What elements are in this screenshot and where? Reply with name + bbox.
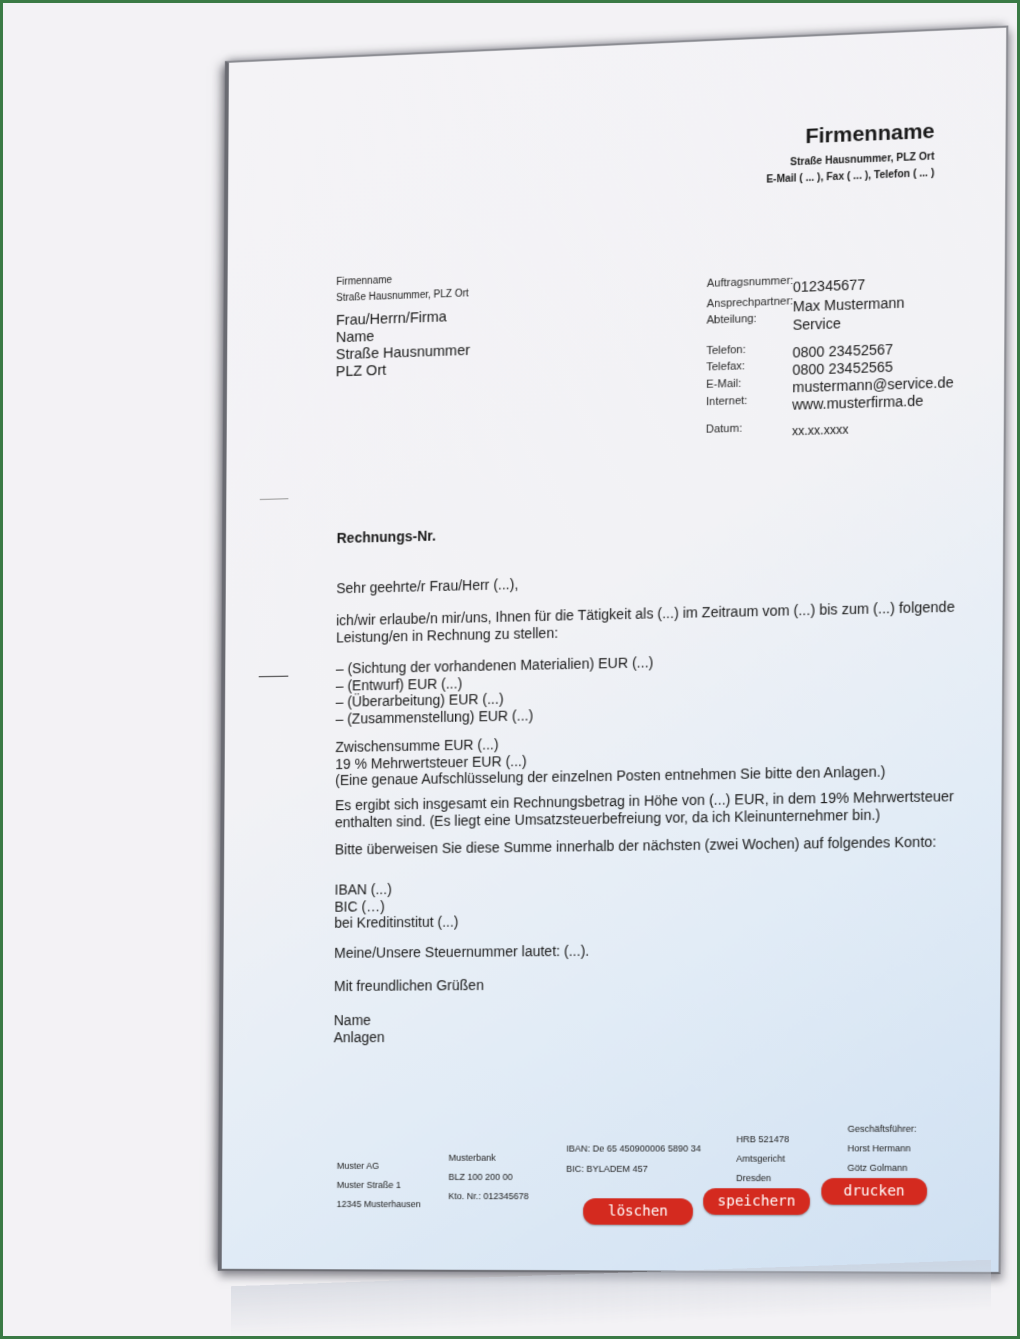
footer-management: Geschäftsführer: Horst Hermann Götz Golm… <box>847 1119 916 1178</box>
footer-line: BLZ 100 200 00 <box>448 1168 529 1187</box>
signature-name: Name <box>334 1012 385 1029</box>
info-label-contact-person: Ansprechpartner: <box>707 295 794 310</box>
footer-line: Muster AG <box>337 1157 421 1176</box>
invoice-subject: Rechnungs-Nr. <box>337 527 436 546</box>
info-label-department: Abteilung: <box>707 313 757 327</box>
footer-company: Muster AG Muster Straße 1 12345 Musterha… <box>337 1157 422 1214</box>
bank-iban: IBAN (...) <box>335 880 459 898</box>
intro-paragraph: ich/wir erlaube/n mir/uns, Ihnen für die… <box>336 598 955 645</box>
info-value-department: Service <box>793 315 841 333</box>
info-label-internet: Internet: <box>706 395 747 409</box>
bank-institute: bei Kreditinstitut (...) <box>334 913 458 931</box>
footer-line: Muster Straße 1 <box>337 1176 421 1195</box>
footer-line: Kto. Nr.: 012345678 <box>448 1187 529 1206</box>
payment-request: Bitte überweisen Sie diese Summe innerha… <box>335 833 937 858</box>
service-items-list: – (Sichtung der vorhandenen Materialien)… <box>336 654 654 727</box>
info-label-order-number: Auftragsnummer: <box>707 275 794 290</box>
document-preview-stage: Firmenname Straße Hausnummer, PLZ Ort E-… <box>3 3 1017 1336</box>
info-value-date: xx.xx.xxxx <box>792 422 848 438</box>
footer-iban: IBAN: De 65 450900006 5890 34 BIC: BYLAD… <box>566 1138 701 1179</box>
letterhead-company-name: Firmenname <box>805 119 934 149</box>
footer-line: Amtsgericht <box>736 1149 789 1168</box>
info-value-internet: www.musterfirma.de <box>792 392 923 412</box>
info-value-fax: 0800 23452565 <box>792 358 893 378</box>
recipient-address: Frau/Herrn/Firma Name Straße Hausnummer … <box>336 308 471 381</box>
sender-company: Firmenname <box>336 275 392 288</box>
info-label-date: Datum: <box>706 422 742 435</box>
footer-line: Geschäftsführer: <box>847 1119 916 1139</box>
info-label-phone: Telefon: <box>706 344 746 358</box>
salutation: Sehr geehrte/r Frau/Herr (...), <box>336 576 518 597</box>
info-value-order-number: 012345677 <box>793 276 865 295</box>
info-label-fax: Telefax: <box>706 360 745 373</box>
footer-line: Dresden <box>736 1169 789 1188</box>
info-value-phone: 0800 23452567 <box>792 341 893 361</box>
fold-mark-top <box>260 498 289 500</box>
invoice-page: Firmenname Straße Hausnummer, PLZ Ort E-… <box>218 26 1009 1275</box>
tax-number: Meine/Unsere Steuernummer lautet: (...). <box>334 943 589 962</box>
footer-bank: Musterbank BLZ 100 200 00 Kto. Nr.: 0123… <box>448 1149 529 1207</box>
footer-line: IBAN: De 65 450900006 5890 34 <box>566 1138 701 1158</box>
footer-line: Götz Golmann <box>847 1159 916 1179</box>
bank-bic: BIC (…) <box>334 897 458 915</box>
letterhead-contact: E-Mail ( ... ), Fax ( ... ), Telefon ( .… <box>766 168 934 186</box>
save-button[interactable]: speichern <box>703 1188 810 1215</box>
print-button[interactable]: drucken <box>821 1178 927 1205</box>
footer-line: BIC: BYLADEM 457 <box>566 1159 701 1179</box>
info-value-contact-person: Max Mustermann <box>793 294 905 314</box>
footer-line: 12345 Musterhausen <box>337 1195 421 1214</box>
recipient-line: PLZ Ort <box>336 360 470 381</box>
fold-mark-middle <box>259 676 289 678</box>
signature-block: Name Anlagen <box>334 1012 385 1045</box>
letterhead-address: Straße Hausnummer, PLZ Ort <box>790 151 934 168</box>
footer-register: HRB 521478 Amtsgericht Dresden <box>736 1130 789 1188</box>
footer-line: Musterbank <box>448 1149 529 1168</box>
attachments-label: Anlagen <box>334 1028 385 1045</box>
closing: Mit freundlichen Grüßen <box>334 977 484 995</box>
bank-details: IBAN (...) BIC (…) bei Kreditinstitut (.… <box>334 880 458 931</box>
footer-line: HRB 521478 <box>736 1130 789 1149</box>
sender-address: Straße Hausnummer, PLZ Ort <box>336 288 469 304</box>
totals-block: Zwischensumme EUR (...) 19 % Mehrwertste… <box>335 729 886 788</box>
info-label-email: E-Mail: <box>706 378 741 391</box>
delete-button[interactable]: löschen <box>583 1198 693 1225</box>
footer-line: Horst Hermann <box>847 1139 916 1159</box>
total-statement: Es ergibt sich insgesamt ein Rechnungsbe… <box>335 788 954 831</box>
